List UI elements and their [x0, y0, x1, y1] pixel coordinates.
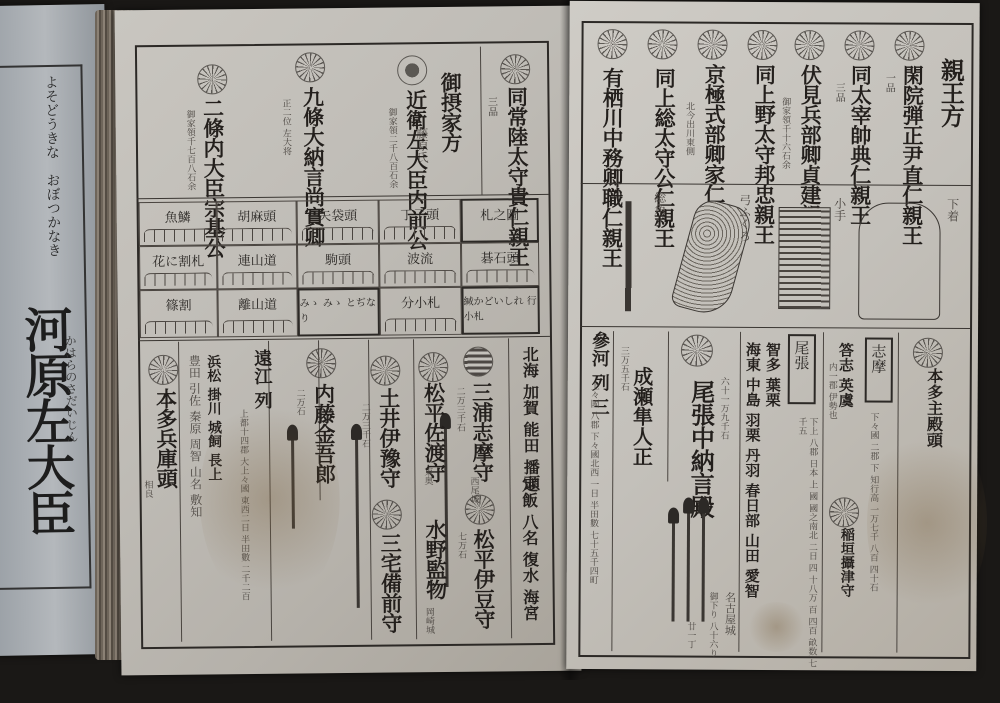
- owari-attendance: 御下り 八十六り: [706, 592, 717, 658]
- honda-crest-icon: [148, 355, 178, 385]
- noble-entry-rank: 三品: [483, 96, 498, 116]
- retainer-kokudaka: 三万五千石: [618, 346, 629, 391]
- daimyo-kokudaka: 七万石: [455, 532, 466, 559]
- fuda-label: 碁石頭: [481, 247, 520, 266]
- paper-stain: [199, 388, 341, 609]
- province-owari-box: 尾張: [788, 334, 816, 404]
- noble-entry-rank: 正二位 左大将: [279, 99, 291, 156]
- owari-tokugawa-crest-icon: [681, 335, 713, 367]
- daimyo-name: 松平伊豆守: [468, 528, 499, 628]
- armor-label: 下着: [947, 198, 958, 222]
- prince-note: 北今出川東側: [683, 102, 694, 156]
- daimyo-name: 三宅備前守: [375, 532, 406, 632]
- doi-crest-icon: [370, 355, 400, 385]
- shima-districts: 答志 英虞: [836, 342, 857, 407]
- section-title: 親王方: [933, 58, 968, 127]
- retainer-name: 成瀬隼人正: [627, 366, 657, 466]
- kujo-crest-icon: [295, 52, 325, 82]
- fuda-title-cell: 札之圖: [461, 198, 539, 243]
- fuda-label: 分小札: [401, 292, 440, 311]
- spear-icon: [672, 521, 676, 621]
- fuda-cell: 篠割: [139, 289, 217, 338]
- prince-note: 御家領千十六石余: [779, 97, 790, 169]
- paper-stain: [746, 602, 806, 652]
- matsudaira-sado-crest-icon: [418, 352, 448, 382]
- chrysanthemum-crest-icon: [500, 54, 530, 84]
- armor-label: 小手: [834, 197, 845, 221]
- shima-note: 内一郡 伊勢也: [826, 362, 837, 419]
- fuda-cell: 分小札: [379, 287, 461, 336]
- chrysanthemum-crest-icon: [597, 29, 627, 59]
- chrysanthemum-crest-icon: [844, 30, 874, 60]
- gauntlet-illustration: [778, 207, 831, 309]
- fuda-cell: 波流: [379, 243, 461, 288]
- daimyo-castle: 相良: [141, 480, 152, 498]
- daimyo-name: 三浦志摩守: [466, 381, 497, 481]
- paper-stain: [867, 422, 988, 623]
- owari-districts: 海東 中島 羽栗 丹羽 春日部 山田 愛智: [742, 342, 764, 598]
- header-entry: 定飯 八名 復水 海宮: [517, 476, 542, 621]
- fuda-cell: 駒頭: [297, 244, 379, 289]
- left-book-poem: よそどうきな おぼつかなき: [0, 75, 65, 258]
- sekke-header: 御摂家方: [435, 72, 466, 152]
- fuda-label: 矢袋頭: [318, 205, 357, 224]
- fuda-label: 連山道: [238, 250, 277, 269]
- fuda-label: 離山道: [238, 294, 277, 313]
- daimyo-castle: 岡崎城: [423, 607, 434, 634]
- under-robe-illustration: [858, 202, 941, 319]
- owari-castle: 名古屋城: [724, 592, 735, 636]
- armor-label: 弓ふくろ: [738, 194, 749, 242]
- armor-label: 総角: [654, 191, 665, 215]
- miura-crest-icon: [463, 346, 493, 376]
- fuda-label: 波流: [407, 248, 433, 267]
- fuda-label: 花に割札: [152, 251, 204, 271]
- fuda-label: 篠割: [165, 295, 191, 314]
- daimyo-name: 水野監物: [420, 519, 451, 599]
- owari-districts-2: 智多 葉栗: [763, 342, 784, 407]
- fuda-title: 札之圖: [480, 204, 519, 223]
- noble-entry-note: 御家領千七百八石余: [184, 110, 196, 191]
- fuda-cell: 緘かどいしれ 行小札: [461, 286, 539, 335]
- fuda-cell: 魚鱗: [139, 201, 217, 246]
- fuda-cell: 碁石頭: [461, 242, 539, 287]
- prince-rank: 一品: [881, 73, 896, 93]
- header-entry: 北海 加賀 能田 播頭: [518, 346, 543, 491]
- owari-kokudaka: 六十一万九千石: [717, 377, 728, 440]
- fuda-label: 緘かどいしれ 行小札: [464, 292, 538, 323]
- matsudaira-crest-icon: [465, 494, 495, 524]
- konoe-crest-icon: [397, 55, 427, 85]
- province-owari: 尾張: [791, 340, 812, 370]
- mikawa-note: 上々國 八郡 下々國北西 一日 半田數 七十五千四町: [587, 381, 599, 584]
- prince-rank: 三品: [831, 82, 846, 102]
- daimyo-kokudaka: 二万三千石: [453, 387, 464, 432]
- chrysanthemum-crest-icon: [647, 29, 677, 59]
- honda-crest-icon: [913, 338, 943, 368]
- inagaki-crest-icon: [829, 497, 859, 527]
- fuda-cell: みゝ みゝ とぢなり: [297, 288, 379, 337]
- miyake-crest-icon: [372, 499, 402, 529]
- owari-extra: 廿一丁: [684, 622, 695, 649]
- daimyo-name: 本多兵庫頭: [150, 388, 181, 488]
- province-shima-box: 志摩: [865, 337, 893, 402]
- fuda-label: 胡麻頭: [237, 206, 276, 225]
- fuda-label: みゝ みゝ とぢなり: [300, 294, 378, 325]
- naito-crest-icon: [306, 348, 336, 378]
- noble-entry-note: 御家領二千八百石余: [386, 107, 398, 188]
- chrysanthemum-crest-icon: [794, 30, 824, 60]
- fuda-label: 魚鱗: [165, 207, 191, 226]
- fuda-cell: 連山道: [217, 245, 297, 290]
- shima-lord-name: 稲垣攝津守: [837, 527, 857, 597]
- prince-name: 同太宰帥典仁親王: [845, 64, 876, 224]
- spear-icon: [687, 512, 691, 622]
- chrysanthemum-crest-icon: [894, 31, 924, 61]
- nijo-crest-icon: [197, 64, 227, 94]
- agemaki-cord-illustration: [598, 201, 659, 311]
- fuda-cell: 胡麻頭: [217, 201, 297, 246]
- daimyo-name: 土井伊豫守: [373, 387, 404, 487]
- fuda-label: 駒頭: [325, 249, 351, 268]
- fuda-label: 丁子頭: [400, 204, 439, 223]
- prince-name: 同上野太守邦忠親王: [748, 64, 779, 244]
- left-book-title-ruby: かはらのさだいじん: [62, 334, 81, 442]
- fuda-cell: 丁子頭: [379, 199, 461, 244]
- chrysanthemum-crest-icon: [747, 30, 777, 60]
- fuda-cell: 花に割札: [139, 245, 217, 290]
- fuda-cell: 矢袋頭: [297, 200, 379, 245]
- right-page: 親王方 閑院弾正尹直仁親王 一品 同太宰帥典仁親王 三品 伏見兵部卿貞建親王 御…: [566, 1, 979, 671]
- left-page: 同常陸太守貴仁親王 三品 御摂家方 藤原氏 近衛左大臣内前公 御家領二千八百石余…: [115, 6, 582, 676]
- daimyo-castle: 東奥: [421, 467, 432, 485]
- province-shima: 志摩: [868, 343, 889, 373]
- chrysanthemum-crest-icon: [697, 30, 727, 60]
- spear-icon: [702, 512, 706, 622]
- fuda-cell: 離山道: [217, 289, 297, 338]
